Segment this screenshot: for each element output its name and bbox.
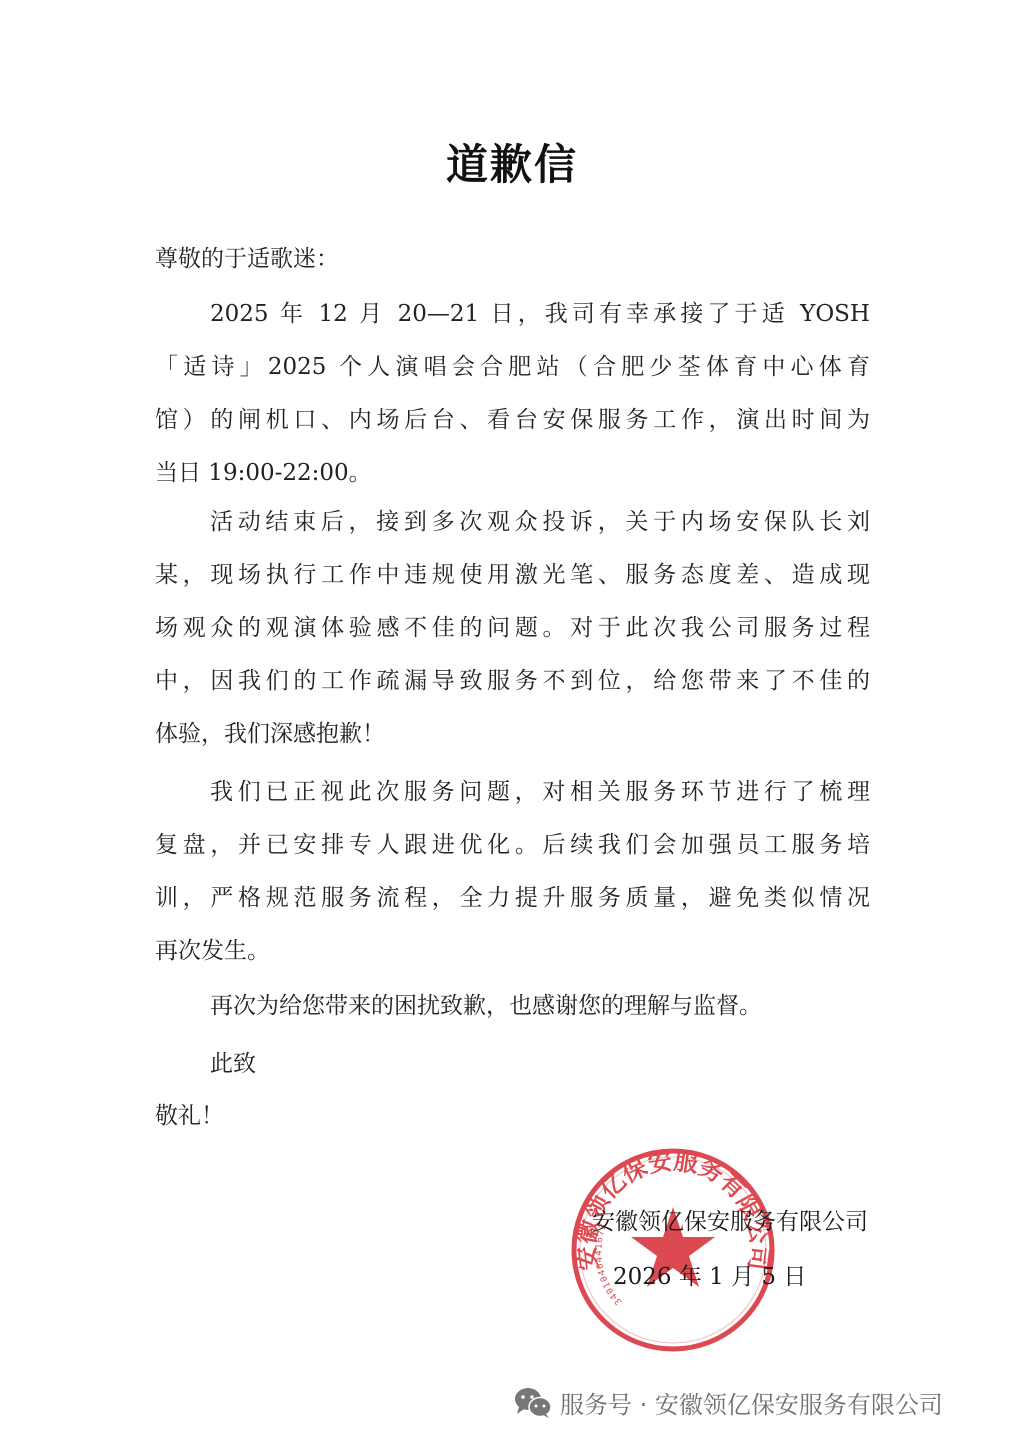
paragraph-line: 场观众的观演体验感不佳的问题。对于此次我公司服务过程 bbox=[155, 602, 870, 655]
paragraph-3: 我们已正视此次服务问题，对相关服务环节进行了梳理 复盘，并已安排专人跟进优化。后… bbox=[155, 766, 870, 978]
paragraph-line: 再次发生。 bbox=[155, 925, 870, 978]
apology-letter-page: 道歉信 尊敬的于适歌迷： 2025 年 12 月 20—21 日，我司有幸承接了… bbox=[0, 0, 1024, 1447]
closing-salute: 敬礼！ bbox=[155, 1097, 224, 1130]
paragraph-line: 复盘，并已安排专人跟进优化。后续我们会加强员工服务培 bbox=[155, 819, 870, 872]
paragraph-line: 体验，我们深感抱歉！ bbox=[155, 708, 870, 761]
paragraph-line: 训，严格规范服务流程，全力提升服务质量，避免类似情况 bbox=[155, 872, 870, 925]
page-title: 道歉信 bbox=[0, 132, 1024, 192]
paragraph-2: 活动结束后，接到多次观众投诉，关于内场安保队长刘 某，现场执行工作中违规使用激光… bbox=[155, 496, 870, 761]
signature-date: 2026 年 1 月 5 日 bbox=[613, 1258, 806, 1291]
paragraph-line: 再次为给您带来的困扰致歉，也感谢您的理解与监督。 bbox=[155, 980, 870, 1033]
footer-label: 服务号 · 安徽领亿保安服务有限公司 bbox=[560, 1385, 943, 1420]
paragraph-line: 馆）的闸机口、内场后台、看台安保服务工作，演出时间为 bbox=[155, 394, 870, 447]
paragraph-line: 中，因我们的工作疏漏导致服务不到位，给您带来了不佳的 bbox=[155, 655, 870, 708]
wechat-icon bbox=[514, 1387, 552, 1419]
paragraph-line: 2025 年 12 月 20—21 日，我司有幸承接了于适 YOSH bbox=[155, 288, 870, 341]
signature-company: 安徽领亿保安服务有限公司 bbox=[592, 1203, 868, 1236]
paragraph-line: 活动结束后，接到多次观众投诉，关于内场安保队长刘 bbox=[155, 496, 870, 549]
paragraph-line: 某，现场执行工作中违规使用激光笔、服务态度差、造成现 bbox=[155, 549, 870, 602]
paragraph-line: 我们已正视此次服务问题，对相关服务环节进行了梳理 bbox=[155, 766, 870, 819]
paragraph-line: 「适诗」2025 个人演唱会合肥站（合肥少荃体育中心体育 bbox=[155, 341, 870, 394]
company-seal: 安徽领亿保安服务有限公司 3401040441673 bbox=[570, 1147, 776, 1353]
paragraph-1: 2025 年 12 月 20—21 日，我司有幸承接了于适 YOSH 「适诗」2… bbox=[155, 288, 870, 500]
closing-phrase: 此致 bbox=[210, 1045, 256, 1078]
footer-watermark: 服务号 · 安徽领亿保安服务有限公司 bbox=[514, 1385, 943, 1420]
salutation: 尊敬的于适歌迷： bbox=[155, 240, 339, 273]
paragraph-line: 当日 19:00-22:00。 bbox=[155, 447, 870, 500]
paragraph-4: 再次为给您带来的困扰致歉，也感谢您的理解与监督。 bbox=[155, 980, 870, 1033]
